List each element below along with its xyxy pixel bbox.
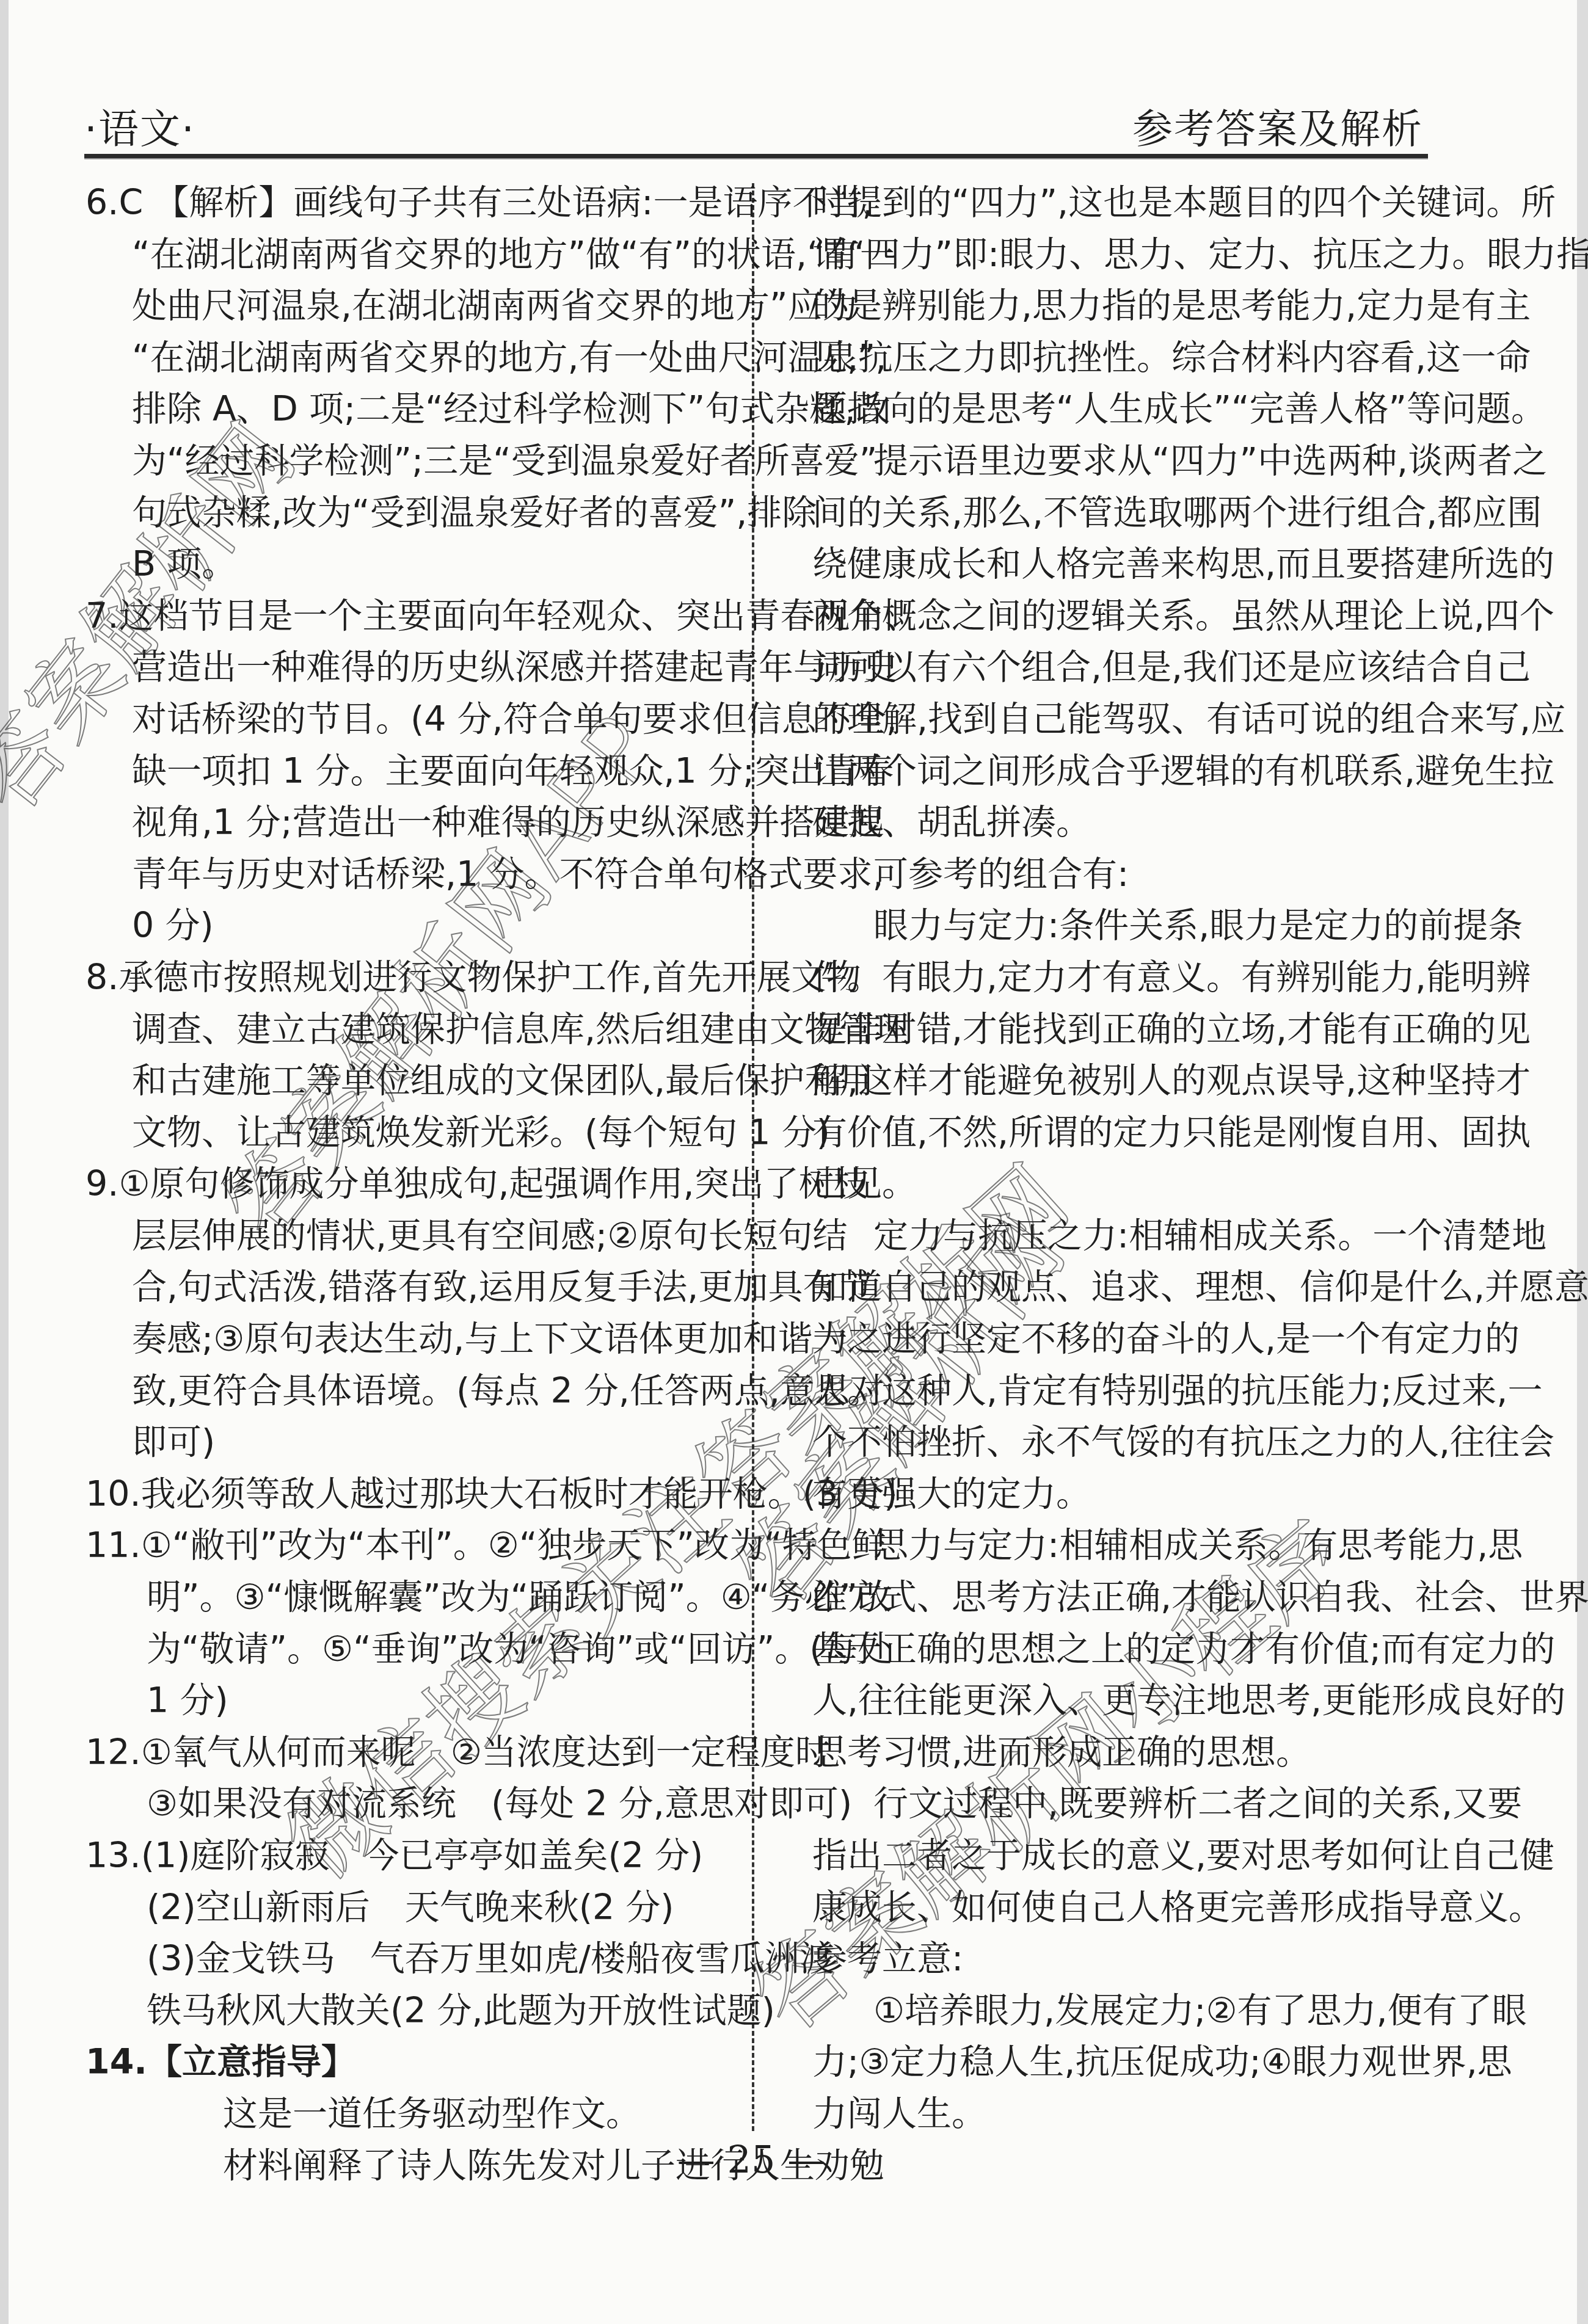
text-line: 定力与抗压之力:相辅相成关系。一个清楚地 (812, 1210, 1423, 1262)
header-rule (84, 154, 1428, 159)
answer-item-6: 6.C 【解析】画线句子共有三处语病:一是语序不当, “在湖北湖南两省交界的地方… (86, 177, 745, 590)
text-line: 时提到的“四力”,这也是本题目的四个关键词。所 (812, 177, 1423, 229)
text-line: 明”。③“慷慨解囊”改为“踊跃订阅”。④“务必”改 (86, 1572, 745, 1624)
answer-item-12: 12.①氧气从何而来呢 ②当浓度达到一定程度时 ③如果没有对流系统 (每处 2 … (86, 1727, 745, 1830)
text-line: 有更强大的定力。 (812, 1469, 1423, 1520)
text-line: 思考习惯,进而形成正确的思想。 (812, 1727, 1423, 1779)
text-line: 9.①原句修饰成分单独成句,起强调作用,突出了树枝 (86, 1158, 745, 1210)
text-line: 题指向的是思考“人生成长”“完善人格”等问题。 (812, 383, 1423, 435)
text-line: 基于正确的思想之上的定力才有价值;而有定力的 (812, 1624, 1423, 1676)
text-line: 是非对错,才能找到正确的立场,才能有正确的见 (812, 1004, 1423, 1056)
text-line: 文物、让古建筑焕发新光彩。(每个短句 1 分) (86, 1107, 745, 1159)
text-line: 8.承德市按照规划进行文物保护工作,首先开展文物 (86, 952, 745, 1004)
text-line: 这是一道任务驱动型作文。 (86, 2088, 745, 2140)
left-column: 6.C 【解析】画线句子共有三处语病:一是语序不当, “在湖北湖南两省交界的地方… (86, 177, 745, 2191)
text-line: 见,抗压之力即抗挫性。综合材料内容看,这一命 (812, 332, 1423, 384)
text-line: 绕健康成长和人格完善来构思,而且要搭建所选的 (812, 539, 1423, 590)
text-line: 思力与定力:相辅相成关系。有思考能力,思 (812, 1520, 1423, 1572)
text-line: 人,往往能更深入、更专注地思考,更能形成良好的 (812, 1675, 1423, 1727)
section-heading: 参考立意: (812, 1933, 1423, 1985)
text-line: 两个概念之间的逻辑关系。虽然从理论上说,四个 (812, 590, 1423, 642)
text-line: 人。这种人,肯定有特别强的抗压能力;反过来,一 (812, 1365, 1423, 1417)
text-line: (2)空山新雨后 天气晚来秋(2 分) (86, 1882, 745, 1934)
scan-edge-left (0, 0, 9, 2324)
text-line: 13.(1)庭阶寂寂 今已亭亭如盖矣(2 分) (86, 1830, 745, 1882)
text-line: 材料阐释了诗人陈先发对儿子进行人生劝勉 (86, 2140, 745, 2192)
text-line: 行文过程中,既要辨析二者之间的关系,又要 (812, 1778, 1423, 1830)
text-line: 为“敬请”。⑤“垂询”改为“咨询”或“回访”。(每处 (86, 1624, 745, 1676)
text-line: 调查、建立古建筑保护信息库,然后组建由文物管理 (86, 1004, 745, 1056)
text-line: 解,这样才能避免被别人的观点误导,这种坚持才 (812, 1055, 1423, 1107)
text-line: 个不怕挫折、永不气馁的有抗压之力的人,往往会 (812, 1417, 1423, 1469)
text-line: 10.我必须等敌人越过那块大石板时才能开枪。(3 分) (86, 1469, 745, 1520)
text-line: 铁马秋风大散关(2 分,此题为开放性试题) (86, 1985, 745, 2037)
text-line: 知道自己的观点、追求、理想、信仰是什么,并愿意 (812, 1262, 1423, 1313)
right-column: 时提到的“四力”,这也是本题目的四个关键词。所 谓“四力”即:眼力、思力、定力、… (812, 177, 1423, 2140)
text-line: 维方式、思考方法正确,才能认识自我、社会、世界, (812, 1572, 1423, 1624)
text-line: 视角,1 分;营造出一种难得的历史纵深感并搭建起 (86, 797, 745, 849)
subject-label: ·语文· (84, 105, 195, 154)
text-line: 对话桥梁的节目。(4 分,符合单句要求但信息不全, (86, 694, 745, 746)
text-line: 间的关系,那么,不管选取哪两个进行组合,都应围 (812, 487, 1423, 539)
text-line: ③如果没有对流系统 (每处 2 分,意思对即可) (86, 1778, 745, 1830)
text-line: 奏感;③原句表达生动,与上下文语体更加和谐一 (86, 1313, 745, 1365)
text-line: 为“经过科学检测”;三是“受到温泉爱好者所喜爱” (86, 435, 745, 487)
text-line: 词可以有六个组合,但是,我们还是应该结合自己 (812, 642, 1423, 694)
text-line: 层层伸展的情状,更具有空间感;②原句长短句结 (86, 1210, 745, 1262)
text-line: 可参考的组合有: (812, 849, 1423, 901)
answer-item-14: 14.【立意指导】 这是一道任务驱动型作文。 材料阐释了诗人陈先发对儿子进行人生… (86, 2036, 745, 2191)
text-line: B 项。 (86, 539, 745, 590)
scan-edge-right (1577, 0, 1588, 2324)
answer-item-9: 9.①原句修饰成分单独成句,起强调作用,突出了树枝 层层伸展的情状,更具有空间感… (86, 1158, 745, 1469)
page-number: — 25 — (672, 2137, 831, 2182)
text-line: “在湖北湖南两省交界的地方,有一处曲尺河温泉”, (86, 332, 745, 384)
text-line: 指出二者之于成长的意义,要对思考如何让自己健 (812, 1830, 1423, 1882)
text-line: 12.①氧气从何而来呢 ②当浓度达到一定程度时 (86, 1727, 745, 1779)
text-line: 11.①“敝刊”改为“本刊”。②“独步天下”改为“特色鲜 (86, 1520, 745, 1572)
answer-item-7: 7.这档节目是一个主要面向年轻观众、突出青春视角、 营造出一种难得的历史纵深感并… (86, 590, 745, 952)
text-line: 致,更符合具体语境。(每点 2 分,任答两点,意思对 (86, 1365, 745, 1417)
text-line: 处曲尺河温泉,在湖北湖南两省交界的地方”应为 (86, 280, 745, 332)
page-header-title: 参考答案及解析 (1132, 105, 1423, 154)
text-line: (3)金戈铁马 气吞万里如虎/楼船夜雪瓜洲渡 (86, 1933, 745, 1985)
text-line: 谓“四力”即:眼力、思力、定力、抗压之力。眼力指 (812, 229, 1423, 281)
text-line: 缺一项扣 1 分。主要面向年轻观众,1 分;突出青春 (86, 746, 745, 797)
text-line: 排除 A、D 项;二是“经过科学检测下”句式杂糅,改 (86, 383, 745, 435)
text-line: “在湖北湖南两省交界的地方”做“有”的状语,“有一 (86, 229, 745, 281)
answer-item-8: 8.承德市按照规划进行文物保护工作,首先开展文物 调查、建立古建筑保护信息库,然… (86, 952, 745, 1158)
text-line: 为之进行坚定不移的奋斗的人,是一个有定力的 (812, 1313, 1423, 1365)
answer-item-11: 11.①“敝刊”改为“本刊”。②“独步天下”改为“特色鲜 明”。③“慷慨解囊”改… (86, 1520, 745, 1726)
text-line: 句式杂糅,改为“受到温泉爱好者的喜爱”,排除 (86, 487, 745, 539)
text-line: 眼力与定力:条件关系,眼力是定力的前提条 (812, 900, 1423, 952)
text-line: 己见。 (812, 1158, 1423, 1210)
text-line: 力;③定力稳人生,抗压促成功;④眼力观世界,思 (812, 2036, 1423, 2088)
text-line: 康成长、如何使自己人格更完善形成指导意义。 (812, 1882, 1423, 1934)
text-line: 的是辨别能力,思力指的是思考能力,定力是有主 (812, 280, 1423, 332)
text-line: 的理解,找到自己能驾驭、有话可说的组合来写,应 (812, 694, 1423, 746)
text-line: 和古建施工等单位组成的文保团队,最后保护利用 (86, 1055, 745, 1107)
section-heading: 14.【立意指导】 (86, 2036, 745, 2088)
text-line: 青年与历史对话桥梁,1 分。不符合单句格式要求, (86, 849, 745, 901)
text-line: 硬拽、胡乱拼凑。 (812, 797, 1423, 849)
answer-item-10: 10.我必须等敌人越过那块大石板时才能开枪。(3 分) (86, 1469, 745, 1520)
text-line: 营造出一种难得的历史纵深感并搭建起青年与历史 (86, 642, 745, 694)
text-line: 件。有眼力,定力才有意义。有辨别能力,能明辨 (812, 952, 1423, 1004)
text-line: 有价值,不然,所谓的定力只能是刚愎自用、固执 (812, 1107, 1423, 1159)
answer-item-13: 13.(1)庭阶寂寂 今已亭亭如盖矣(2 分) (2)空山新雨后 天气晚来秋(2… (86, 1830, 745, 2036)
text-line: 合,句式活泼,错落有致,运用反复手法,更加具有节 (86, 1262, 745, 1313)
text-line: 即可) (86, 1417, 745, 1469)
text-line: 1 分) (86, 1675, 745, 1727)
text-line: 7.这档节目是一个主要面向年轻观众、突出青春视角、 (86, 590, 745, 642)
text-line: 让两个词之间形成合乎逻辑的有机联系,避免生拉 (812, 746, 1423, 797)
text-line: ①培养眼力,发展定力;②有了思力,便有了眼 (812, 1985, 1423, 2037)
text-line: 0 分) (86, 900, 745, 952)
text-line: 提示语里边要求从“四力”中选两种,谈两者之 (812, 435, 1423, 487)
text-line: 6.C 【解析】画线句子共有三处语病:一是语序不当, (86, 177, 745, 229)
text-line: 力闯人生。 (812, 2088, 1423, 2140)
